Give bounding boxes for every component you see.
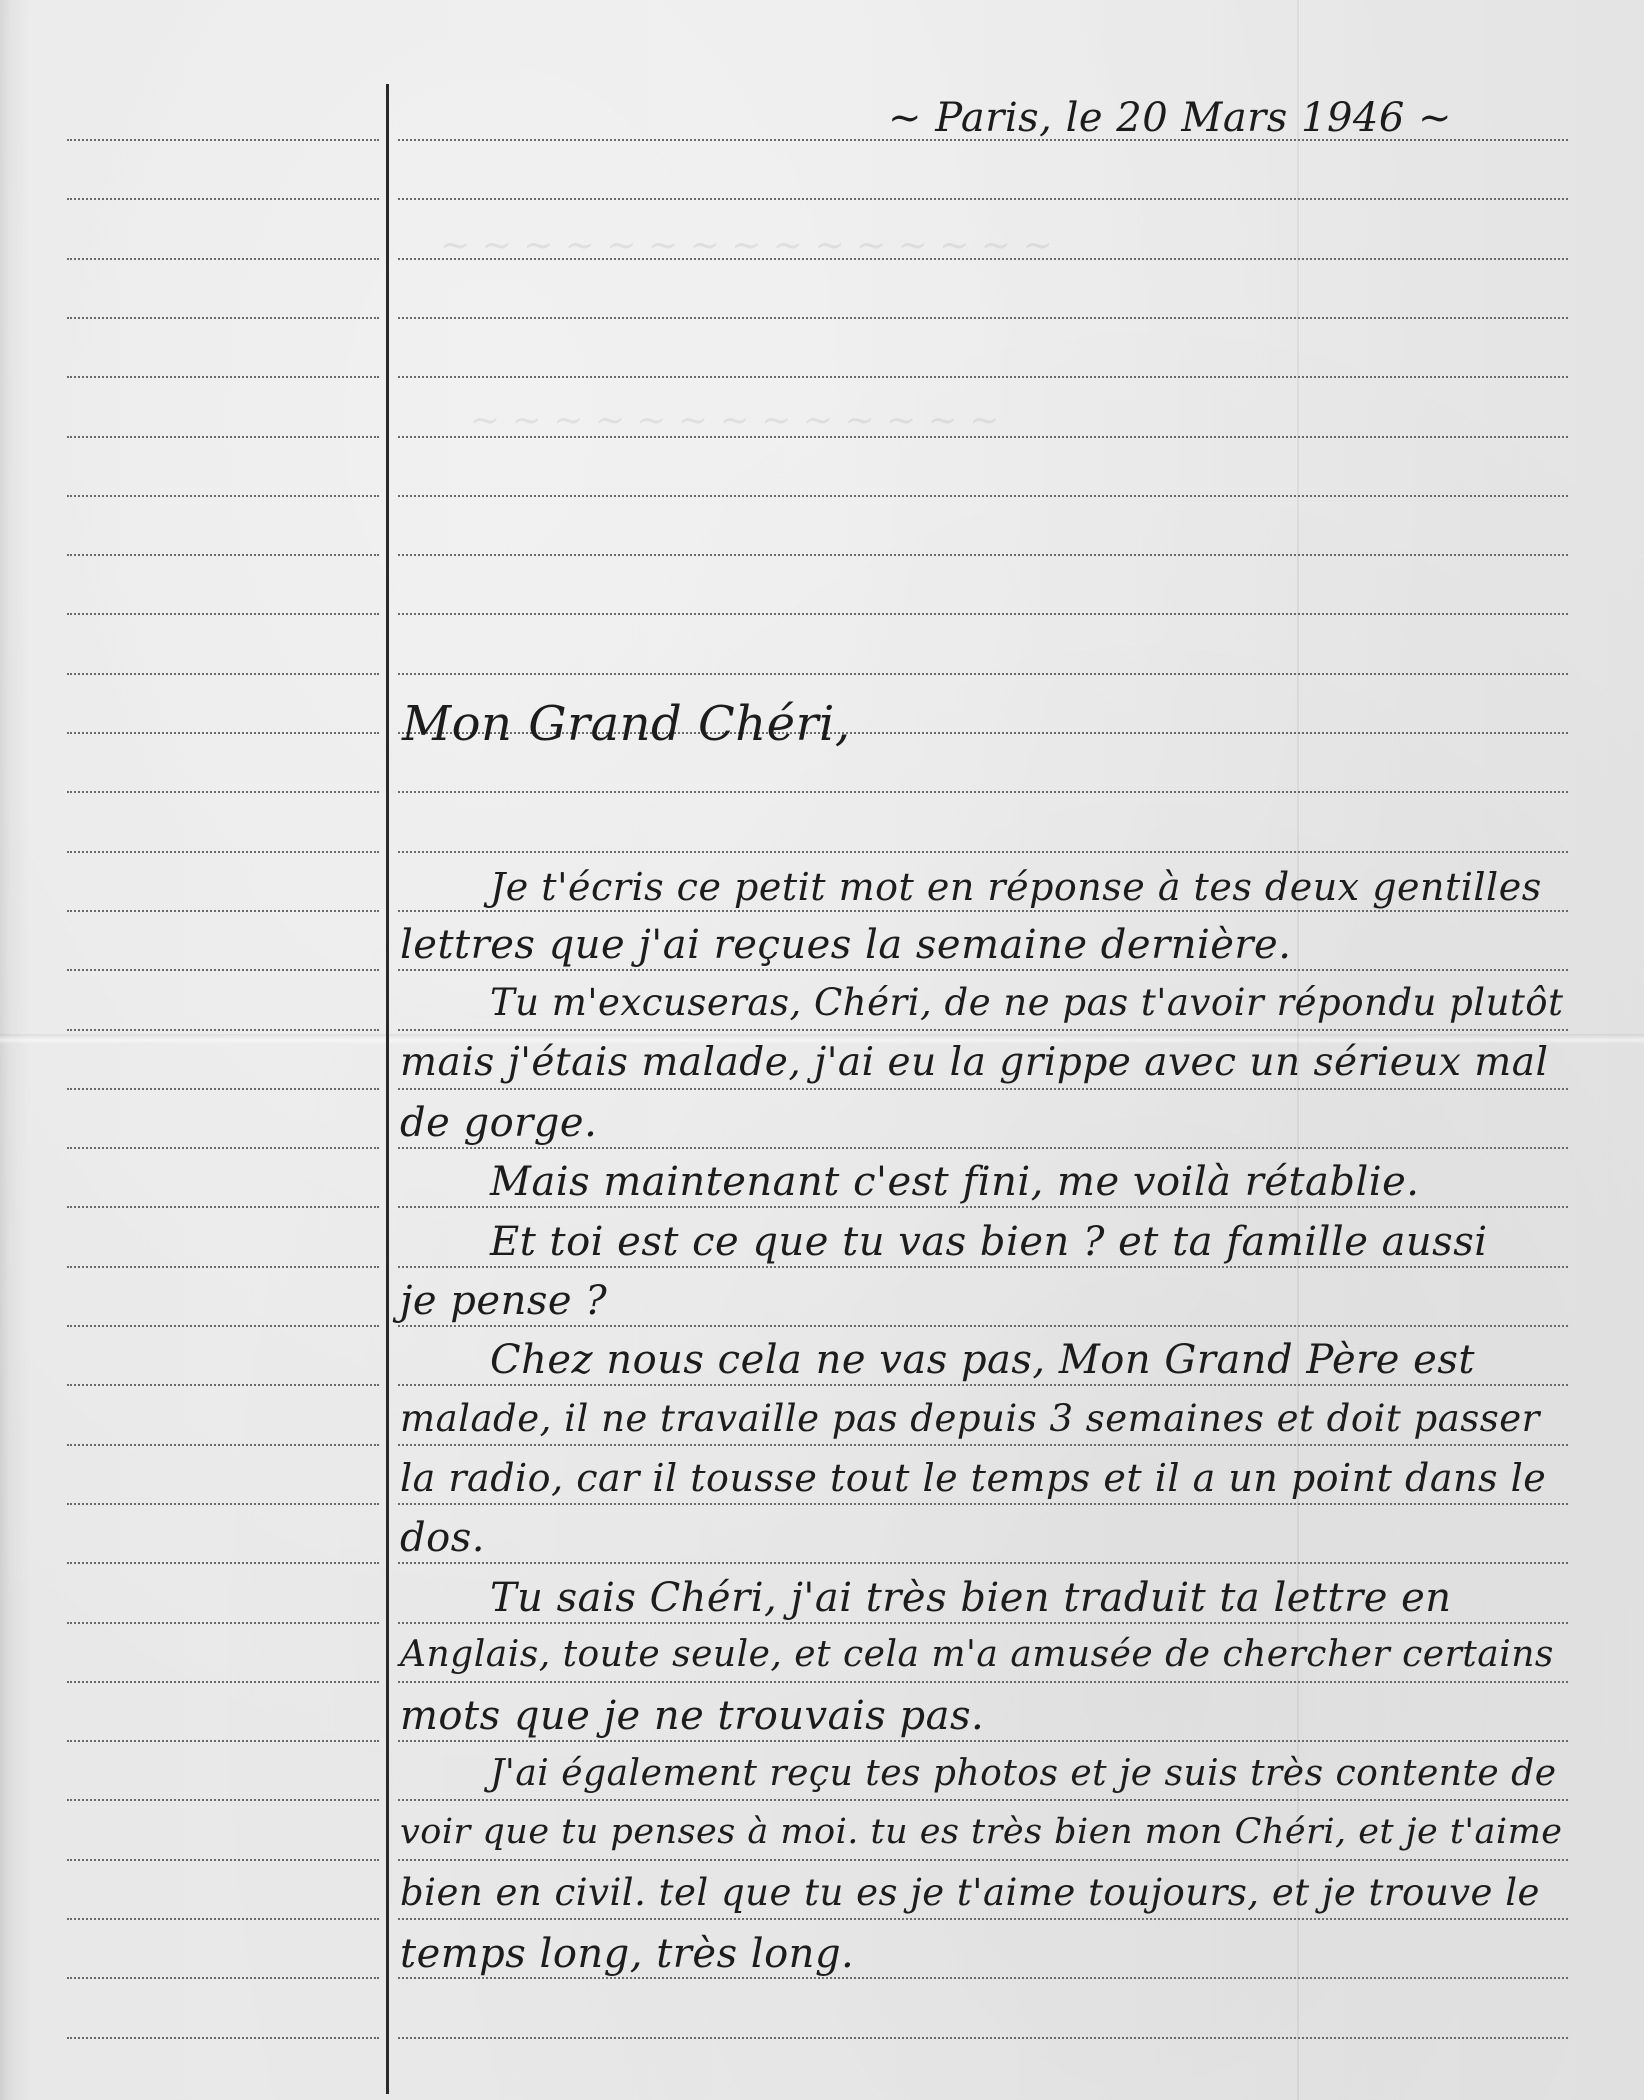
ruled-line <box>67 1206 379 1208</box>
letter-line: temps long, très long. <box>400 1934 854 1974</box>
letter-line: Chez nous cela ne vas pas, Mon Grand Pèr… <box>490 1340 1475 1380</box>
ruled-line <box>398 1147 1568 1149</box>
ruled-line <box>67 198 379 200</box>
ruled-line <box>67 554 379 556</box>
letter-line: Je t'écris ce petit mot en réponse à tes… <box>490 868 1542 906</box>
salutation: Mon Grand Chéri, <box>402 700 851 748</box>
ruled-line <box>67 1029 379 1031</box>
ruled-line <box>67 969 379 971</box>
ruled-line <box>398 1681 1568 1683</box>
ruled-line <box>67 732 379 734</box>
dateline: ~ Paris, le 20 Mars 1946 ~ <box>888 98 1452 138</box>
bleed-through: ~ ~ ~ ~ ~ ~ ~ ~ ~ ~ ~ ~ ~ <box>470 400 999 441</box>
ruled-line <box>398 1503 1568 1505</box>
ruled-line <box>398 1444 1568 1446</box>
ruled-line <box>67 258 379 260</box>
ruled-line <box>67 1799 379 1801</box>
ruled-line <box>67 910 379 912</box>
ruled-line <box>67 436 379 438</box>
ruled-line <box>398 1799 1568 1801</box>
ruled-line <box>398 1088 1568 1090</box>
ruled-line <box>398 791 1568 793</box>
ruled-line <box>67 1444 379 1446</box>
ruled-line <box>67 1266 379 1268</box>
ruled-line <box>398 1918 1568 1920</box>
ruled-line <box>67 1740 379 1742</box>
ruled-line <box>67 1918 379 1920</box>
ruled-line <box>398 1266 1568 1268</box>
ruled-line <box>398 1325 1568 1327</box>
letter-line: bien en civil. tel que tu es je t'aime t… <box>400 1874 1540 1911</box>
letter-line: Anglais, toute seule, et cela m'a amusée… <box>400 1637 1554 1673</box>
ruled-line <box>398 969 1568 971</box>
ruled-line <box>398 910 1568 912</box>
ruled-line <box>398 495 1568 497</box>
ruled-line <box>67 673 379 675</box>
ruled-line <box>398 851 1568 853</box>
ruled-line <box>398 554 1568 556</box>
ruled-line <box>67 376 379 378</box>
ruled-line <box>67 1503 379 1505</box>
ruled-line <box>67 139 379 141</box>
ruled-line <box>67 613 379 615</box>
ruled-line <box>398 673 1568 675</box>
ruled-line <box>398 1859 1568 1861</box>
margin-rule <box>386 84 389 2094</box>
letter-line: Tu m'excuseras, Chéri, de ne pas t'avoir… <box>490 984 1563 1021</box>
letter-line: Tu sais Chéri, j'ai très bien traduit ta… <box>490 1578 1452 1618</box>
ruled-line <box>67 495 379 497</box>
letter-line: dos. <box>400 1518 485 1558</box>
ruled-line <box>67 1325 379 1327</box>
ruled-line <box>398 376 1568 378</box>
letter-line: Et toi est ce que tu vas bien ? et ta fa… <box>490 1222 1488 1262</box>
letter-line: de gorge. <box>400 1103 597 1143</box>
ruled-line <box>398 1384 1568 1386</box>
ruled-line <box>67 851 379 853</box>
letter-line: voir que tu penses à moi. tu es très bie… <box>400 1815 1563 1850</box>
ruled-line <box>67 1562 379 1564</box>
letter-line: J'ai également reçu tes photos et je sui… <box>490 1756 1557 1792</box>
ruled-line <box>67 1622 379 1624</box>
ruled-line <box>67 1859 379 1861</box>
letter-line: la radio, car il tousse tout le temps et… <box>400 1459 1546 1497</box>
ruled-line <box>398 2037 1568 2039</box>
ruled-line <box>67 1977 379 1979</box>
letter-line: malade, il ne travaille pas depuis 3 sem… <box>400 1400 1540 1437</box>
letter-line: je pense ? <box>400 1281 607 1321</box>
letter-line: mots que je ne trouvais pas. <box>400 1696 984 1736</box>
ruled-line <box>67 1384 379 1386</box>
ruled-line <box>398 1206 1568 1208</box>
ruled-line <box>67 317 379 319</box>
ruled-line <box>398 317 1568 319</box>
ruled-line <box>398 198 1568 200</box>
letter-page: ~ ~ ~ ~ ~ ~ ~ ~ ~ ~ ~ ~ ~ ~ ~ ~ ~ ~ ~ ~ … <box>0 0 1644 2100</box>
ruled-line <box>398 1622 1568 1624</box>
ruled-line <box>398 1029 1568 1031</box>
ruled-line <box>67 791 379 793</box>
letter-line: mais j'étais malade, j'ai eu la grippe a… <box>400 1043 1549 1082</box>
ruled-line <box>398 1977 1568 1979</box>
ruled-line <box>398 613 1568 615</box>
ruled-line <box>67 1681 379 1683</box>
letter-line: Mais maintenant c'est fini, me voilà rét… <box>490 1162 1419 1202</box>
bleed-through: ~ ~ ~ ~ ~ ~ ~ ~ ~ ~ ~ ~ ~ ~ ~ <box>440 225 1053 266</box>
ruled-line <box>67 1147 379 1149</box>
ruled-line <box>398 1562 1568 1564</box>
ruled-line <box>67 2037 379 2039</box>
letter-line: lettres que j'ai reçues la semaine derni… <box>400 925 1291 965</box>
ruled-line <box>398 1740 1568 1742</box>
ruled-line <box>67 1088 379 1090</box>
